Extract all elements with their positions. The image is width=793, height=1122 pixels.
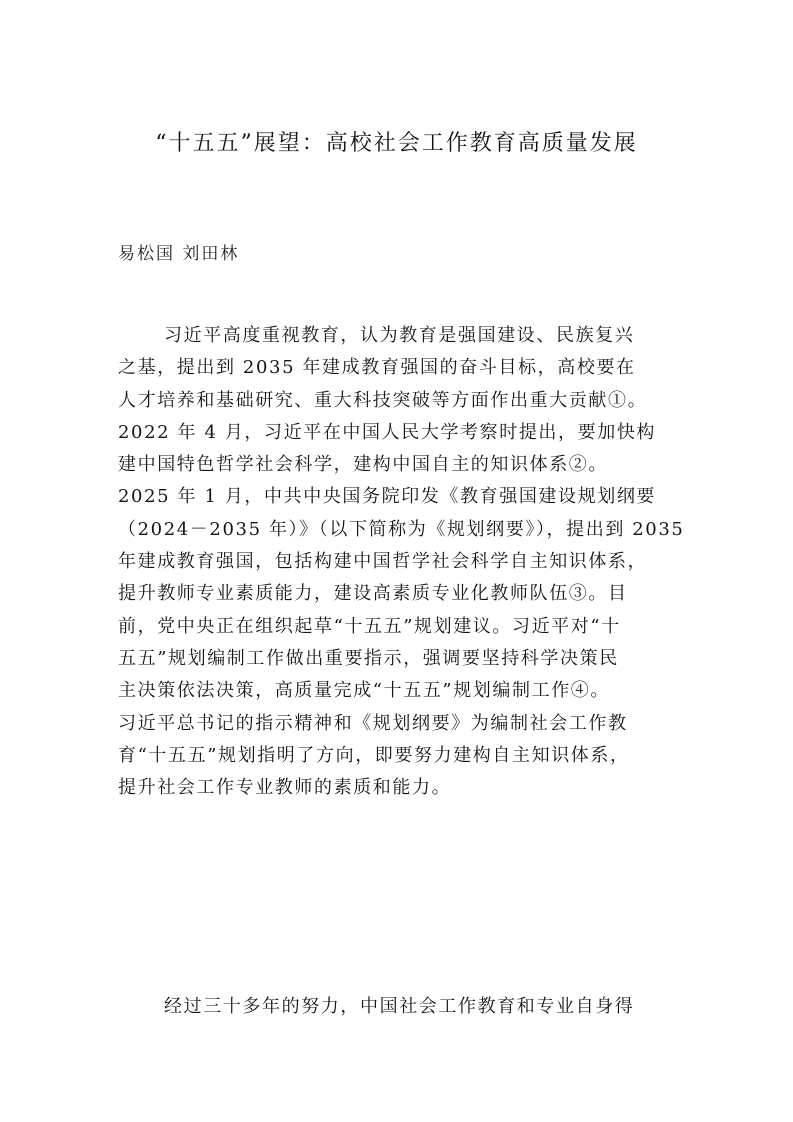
paragraph-line: 人才培养和基础研究、重大科技突破等方面作出重大贡献①。 [118, 385, 678, 417]
document-authors: 易松国 刘田林 [118, 241, 239, 267]
paragraph-line: 提升社会工作专业教师的素质和能力。 [118, 772, 678, 804]
paragraph-line: （2024－2035 年）》（以下简称为《规划纲要》），提出到 2035 [118, 514, 678, 546]
paragraph-line: 之基，提出到 2035 年建成教育强国的奋斗目标，高校要在 [118, 352, 678, 384]
paragraph-line: 育“十五五”规划指明了方向，即要努力建构自主知识体系， [118, 740, 678, 772]
paragraph-line: 主决策依法决策，高质量完成“十五五”规划编制工作④。 [118, 675, 678, 707]
paragraph-line: 经过三十多年的努力，中国社会工作教育和专业自身得 [118, 991, 678, 1023]
paragraph-line: 年建成教育强国，包括构建中国哲学社会科学自主知识体系， [118, 546, 678, 578]
document-page: “十五五”展望：高校社会工作教育高质量发展 易松国 刘田林 习近平高度重视教育，… [0, 0, 793, 1122]
body-paragraph-1: 习近平高度重视教育，认为教育是强国建设、民族复兴 之基，提出到 2035 年建成… [118, 320, 678, 804]
paragraph-line: 习近平高度重视教育，认为教育是强国建设、民族复兴 [118, 320, 678, 352]
paragraph-line: 2025 年 1 月，中共中央国务院印发《教育强国建设规划纲要 [118, 481, 678, 513]
paragraph-line: 习近平总书记的指示精神和《规划纲要》为编制社会工作教 [118, 708, 678, 740]
document-title: “十五五”展望：高校社会工作教育高质量发展 [0, 128, 793, 160]
paragraph-line: 建中国特色哲学社会科学，建构中国自主的知识体系②。 [118, 449, 678, 481]
paragraph-line: 五五”规划编制工作做出重要指示，强调要坚持科学决策民 [118, 643, 678, 675]
paragraph-line: 提升教师专业素质能力，建设高素质专业化教师队伍③。目 [118, 578, 678, 610]
body-paragraph-2: 经过三十多年的努力，中国社会工作教育和专业自身得 [118, 991, 678, 1023]
paragraph-line: 前，党中央正在组织起草“十五五”规划建议。习近平对“十 [118, 611, 678, 643]
paragraph-line: 2022 年 4 月，习近平在中国人民大学考察时提出，要加快构 [118, 417, 678, 449]
